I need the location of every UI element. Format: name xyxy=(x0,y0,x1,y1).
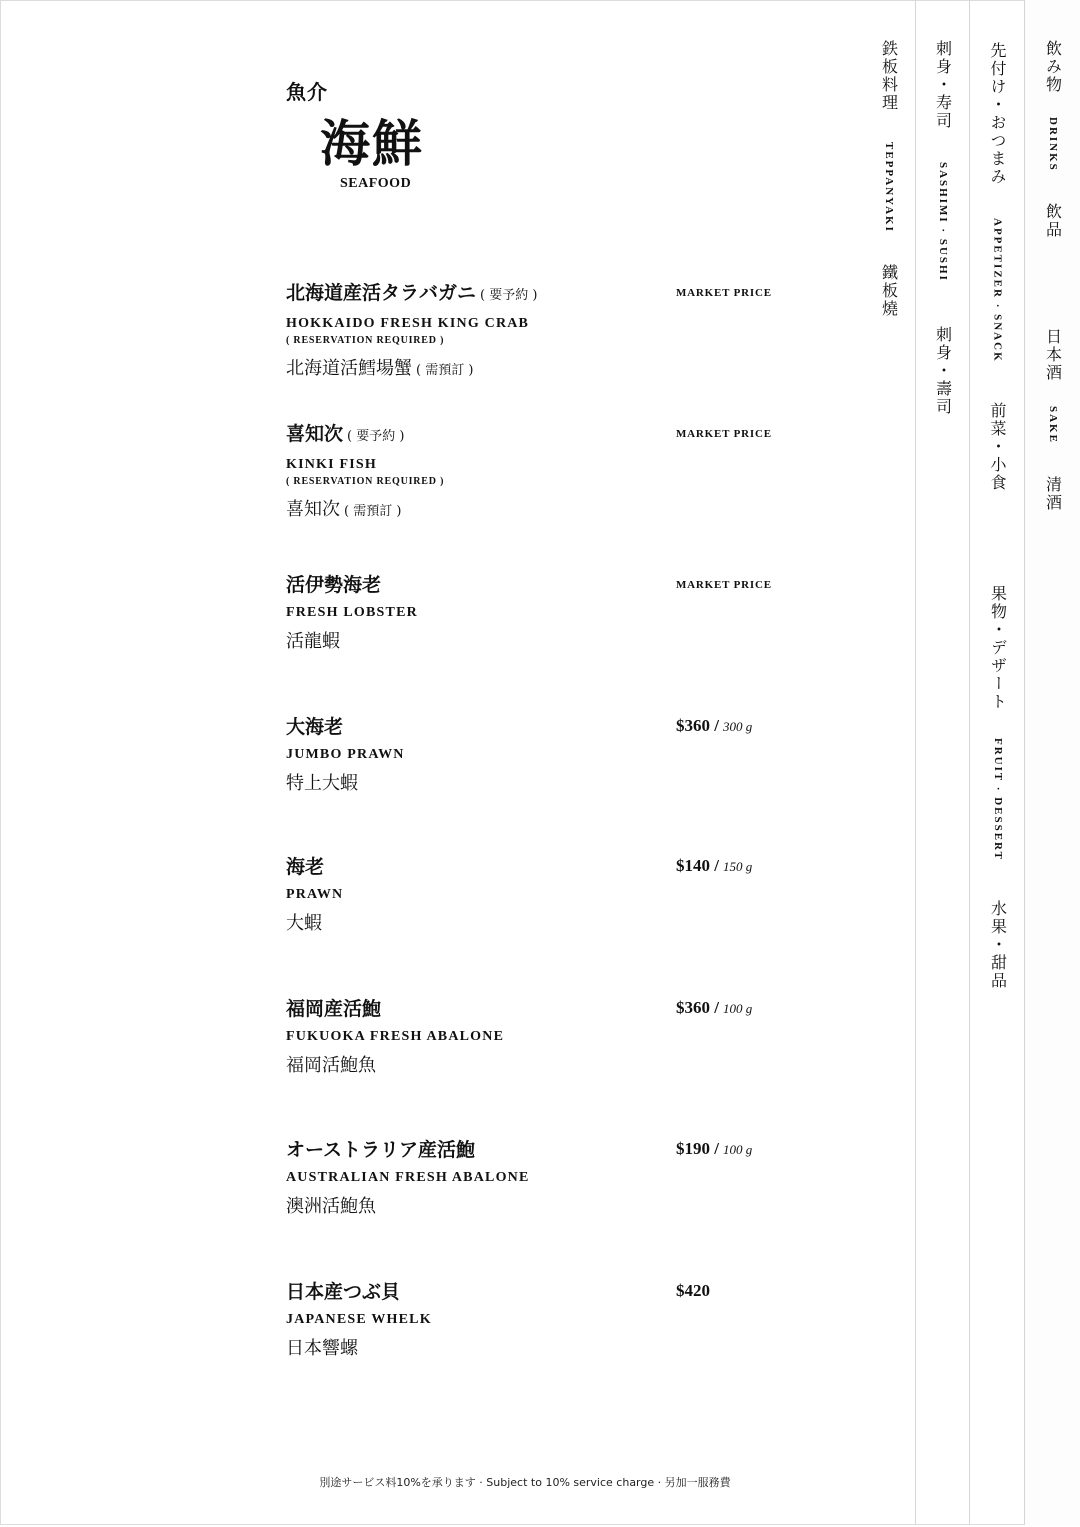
tab-label-zh: 鐵板燒 xyxy=(881,264,897,318)
item-name-en: PRAWN xyxy=(286,886,786,904)
item-name-jp: オーストラリア産活鮑 xyxy=(286,1139,475,1161)
item-name-en: FUKUOKA FRESH ABALONE xyxy=(286,1028,786,1046)
item-name-en: FRESH LOBSTER xyxy=(286,604,786,622)
menu-item-australian-abalone: オーストラリア産活鮑 AUSTRALIAN FRESH ABALONE 澳洲活鮑… xyxy=(286,1137,786,1219)
tab-label-en: FRUIT · DESSERT xyxy=(992,738,1003,861)
item-name-en: JUMBO PRAWN xyxy=(286,746,786,764)
menu-item-lobster: 活伊勢海老 FRESH LOBSTER 活龍蝦 MARKET PRICE xyxy=(286,572,786,654)
item-note-en: ( RESERVATION REQUIRED ) xyxy=(286,333,786,349)
tab-label-zh: 飲品 xyxy=(1045,203,1061,239)
price-amount: $360 / xyxy=(676,716,719,735)
item-name-zh: 喜知次 xyxy=(286,499,340,520)
price-unit: 100 g xyxy=(723,1001,752,1016)
menu-item-kinki-fish: 喜知次( 要予約 ) KINKI FISH ( RESERVATION REQU… xyxy=(286,421,786,524)
item-name-en: AUSTRALIAN FRESH ABALONE xyxy=(286,1169,786,1187)
item-name-zh: 澳洲活鮑魚 xyxy=(286,1196,376,1217)
tab-fruit-dessert[interactable]: 果物・デザート FRUIT · DESSERT 水果・甜品 xyxy=(970,575,1025,1015)
price-amount: $360 / xyxy=(676,998,719,1017)
price-amount: $140 / xyxy=(676,856,719,875)
tab-label-jp: 日本酒 xyxy=(1045,328,1061,382)
tab-label-zh: 前菜・小食 xyxy=(989,402,1005,492)
item-name-zh: 活龍蝦 xyxy=(286,631,340,652)
item-name-jp: 福岡産活鮑 xyxy=(286,998,381,1020)
item-price: MARKET PRICE xyxy=(676,579,772,591)
tab-label-en: SAKE xyxy=(1047,406,1058,444)
menu-item-fukuoka-abalone: 福岡産活鮑 FUKUOKA FRESH ABALONE 福岡活鮑魚 $360 /… xyxy=(286,996,786,1078)
price-unit: 150 g xyxy=(723,859,752,874)
tab-label-en: APPETIZER · SNACK xyxy=(992,218,1003,363)
tab-label-jp: 先付け・おつまみ xyxy=(989,42,1005,186)
tab-label-en: SASHIMI · SUSHI xyxy=(937,162,948,282)
tab-teppanyaki[interactable]: 鉄板料理 TEPPANYAKI 鐵板燒 xyxy=(862,0,916,1525)
item-note-jp: ( 要予約 ) xyxy=(347,429,404,444)
item-name-jp: 北海道産活タラバガニ xyxy=(286,282,476,304)
section-title-en: SEAFOOD xyxy=(340,176,411,192)
item-name-zh: 北海道活鱈場蟹 xyxy=(286,358,412,379)
tab-label-jp: 刺身・寿司 xyxy=(935,40,951,130)
section-subtitle: 魚介 xyxy=(286,76,328,105)
item-name-en: KINKI FISH xyxy=(286,456,786,474)
tab-label-en: TEPPANYAKI xyxy=(883,142,894,233)
tab-sake[interactable]: 日本酒 SAKE 清酒 xyxy=(1025,320,1080,520)
item-name-jp: 大海老 xyxy=(286,716,343,738)
item-name-zh: 特上大蝦 xyxy=(286,773,358,794)
tab-label-jp: 果物・デザート xyxy=(990,585,1006,711)
tab-label-zh: 刺身・壽司 xyxy=(935,326,951,416)
item-price: $420 xyxy=(676,1281,710,1301)
price-amount: $190 / xyxy=(676,1139,719,1158)
price-amount: $420 xyxy=(676,1281,710,1300)
item-note-jp: ( 要予約 ) xyxy=(480,288,537,303)
item-name-zh: 日本響螺 xyxy=(286,1338,358,1359)
item-price: $190 /100 g xyxy=(676,1139,752,1159)
item-name-zh: 大蝦 xyxy=(286,913,322,934)
item-name-jp: 日本産つぶ貝 xyxy=(286,1281,400,1303)
item-name-en: HOKKAIDO FRESH KING CRAB xyxy=(286,315,786,333)
item-name-jp: 海老 xyxy=(286,856,324,878)
item-name-jp: 喜知次 xyxy=(286,423,343,445)
tab-label-en: DRINKS xyxy=(1047,117,1058,172)
item-name-en: JAPANESE WHELK xyxy=(286,1311,786,1329)
menu-item-japanese-whelk: 日本産つぶ貝 JAPANESE WHELK 日本響螺 $420 xyxy=(286,1279,786,1361)
tab-label-zh: 水果・甜品 xyxy=(990,900,1006,990)
item-price: $360 /300 g xyxy=(676,716,752,736)
price-unit: 300 g xyxy=(723,719,752,734)
item-price: MARKET PRICE xyxy=(676,287,772,299)
item-price: $140 /150 g xyxy=(676,856,752,876)
tab-sashimi-sushi[interactable]: 刺身・寿司 SASHIMI · SUSHI 刺身・壽司 xyxy=(916,0,970,1525)
tab-label-zh: 清酒 xyxy=(1045,476,1061,512)
tab-label-jp: 鉄板料理 xyxy=(881,40,897,112)
item-note-zh: ( 需預訂 ) xyxy=(416,363,473,378)
item-name-zh: 福岡活鮑魚 xyxy=(286,1055,376,1076)
section-title: 海鮮 xyxy=(320,104,424,176)
menu-item-king-crab: 北海道産活タラバガニ( 要予約 ) HOKKAIDO FRESH KING CR… xyxy=(286,280,786,383)
price-unit: 100 g xyxy=(723,1142,752,1157)
menu-item-jumbo-prawn: 大海老 JUMBO PRAWN 特上大蝦 $360 /300 g xyxy=(286,714,786,796)
tab-label-jp: 飲み物 xyxy=(1045,40,1061,94)
item-note-zh: ( 需預訂 ) xyxy=(344,504,401,519)
item-price: $360 /100 g xyxy=(676,998,752,1018)
item-price: MARKET PRICE xyxy=(676,428,772,440)
tab-drinks[interactable]: 飲み物 DRINKS 飲品 xyxy=(1025,0,1080,1525)
menu-item-prawn: 海老 PRAWN 大蝦 $140 /150 g xyxy=(286,854,786,936)
item-name-jp: 活伊勢海老 xyxy=(286,574,381,596)
item-note-en: ( RESERVATION REQUIRED ) xyxy=(286,474,786,490)
